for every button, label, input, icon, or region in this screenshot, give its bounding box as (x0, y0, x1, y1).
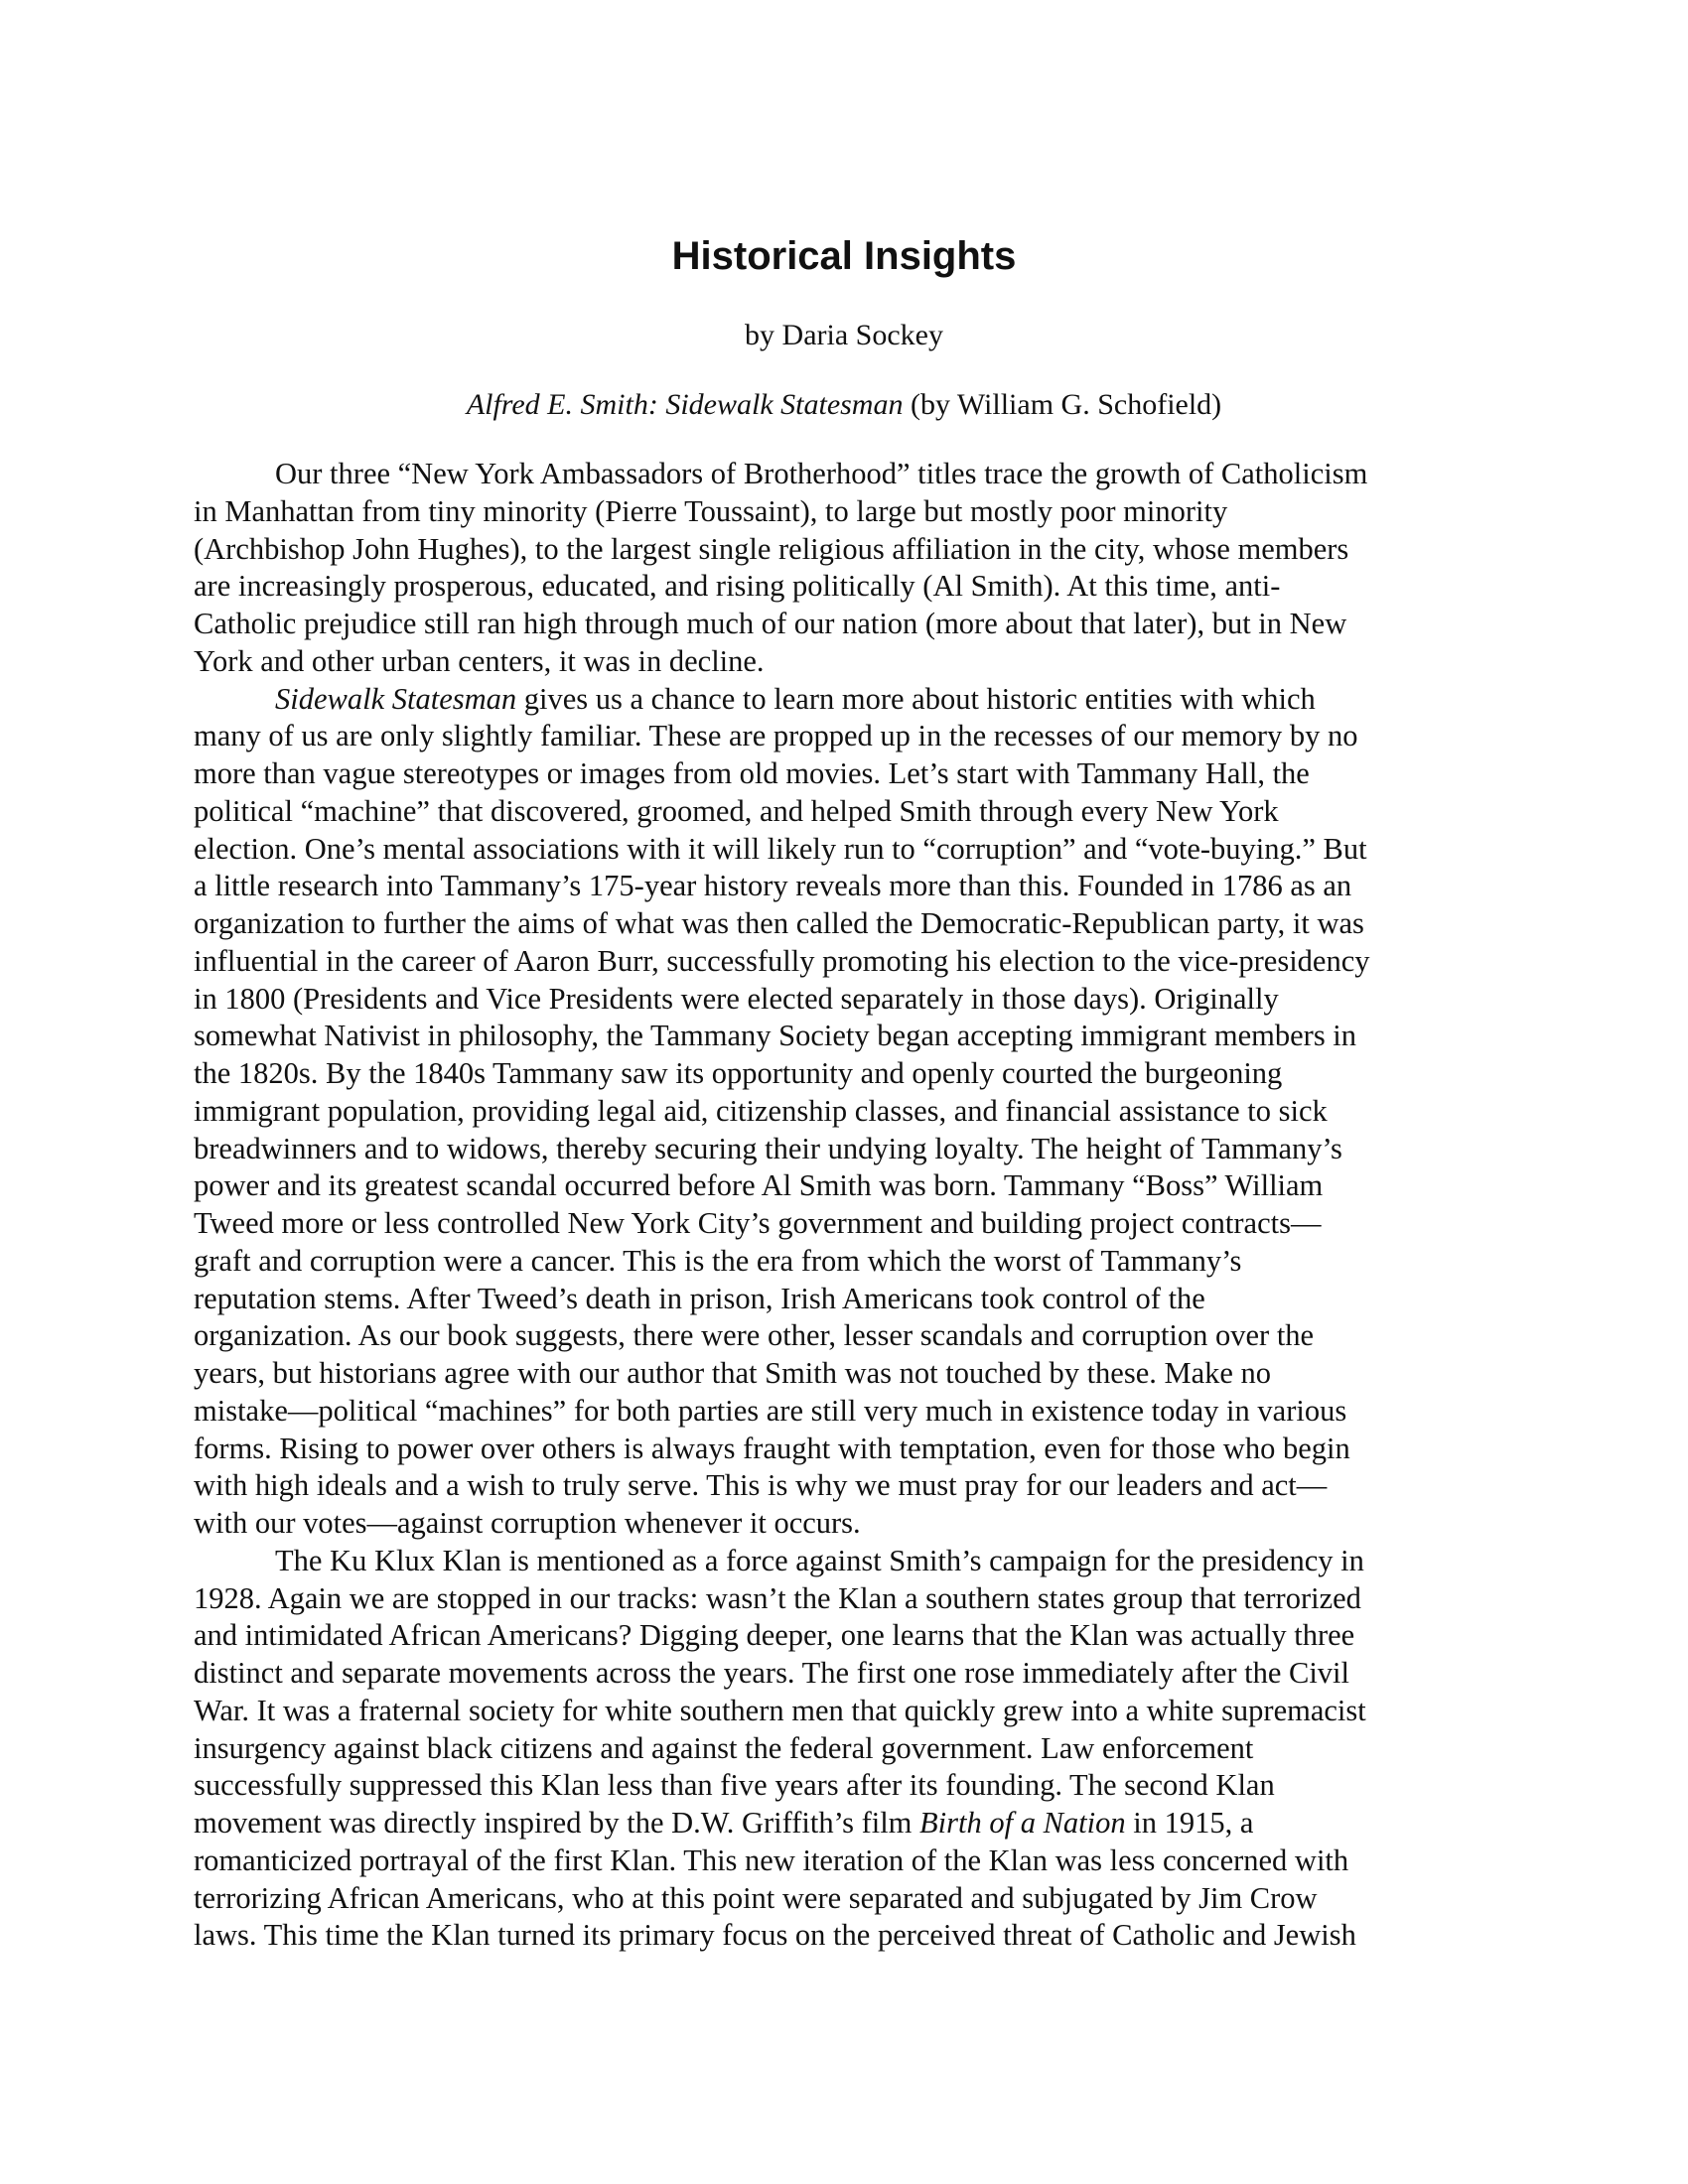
text-line: The Ku Klux Klan is mentioned as a force… (194, 1543, 1504, 1580)
text-line: are increasingly prosperous, educated, a… (194, 568, 1504, 606)
text-line: Our three “New York Ambassadors of Broth… (194, 456, 1504, 493)
text-line: mistake—political “machines” for both pa… (194, 1393, 1504, 1431)
text-line: romanticized portrayal of the first Klan… (194, 1843, 1504, 1880)
film-title-inline: Birth of a Nation (919, 1806, 1126, 1840)
text-line: political “machine” that discovered, gro… (194, 793, 1504, 831)
text-line: with our votes—against corruption whenev… (194, 1505, 1504, 1543)
book-title: Alfred E. Smith: Sidewalk Statesman (467, 388, 904, 421)
text-line: and intimidated African Americans? Diggi… (194, 1617, 1504, 1655)
text-line: in 1800 (Presidents and Vice Presidents … (194, 981, 1504, 1019)
page-title: Historical Insights (0, 230, 1688, 282)
text-line: many of us are only slightly familiar. T… (194, 718, 1504, 755)
text-line: distinct and separate movements across t… (194, 1655, 1504, 1693)
text-line: somewhat Nativist in philosophy, the Tam… (194, 1018, 1504, 1055)
book-reference: Alfred E. Smith: Sidewalk Statesman (by … (0, 385, 1688, 425)
text-line: organization to further the aims of what… (194, 905, 1504, 943)
text-line: a little research into Tammany’s 175-yea… (194, 868, 1504, 905)
text-line: movement was directly inspired by the D.… (194, 1805, 1504, 1843)
document-page: Historical Insights by Daria Sockey Alfr… (0, 0, 1688, 2184)
text-line: in Manhattan from tiny minority (Pierre … (194, 493, 1504, 531)
text-line: with high ideals and a wish to truly ser… (194, 1467, 1504, 1505)
text-line: Sidewalk Statesman gives us a chance to … (194, 681, 1504, 719)
text-line: forms. Rising to power over others is al… (194, 1431, 1504, 1468)
text-line: Catholic prejudice still ran high throug… (194, 606, 1504, 643)
text-line: the 1820s. By the 1840s Tammany saw its … (194, 1055, 1504, 1093)
text-line: organization. As our book suggests, ther… (194, 1317, 1504, 1355)
text-line: graft and corruption were a cancer. This… (194, 1243, 1504, 1281)
text-line: laws. This time the Klan turned its prim… (194, 1917, 1504, 1955)
text-line: (Archbishop John Hughes), to the largest… (194, 531, 1504, 569)
author-byline: by Daria Sockey (0, 316, 1688, 355)
article-body: Our three “New York Ambassadors of Broth… (194, 456, 1504, 1955)
text-line: influential in the career of Aaron Burr,… (194, 943, 1504, 981)
text-line: reputation stems. After Tweed’s death in… (194, 1281, 1504, 1318)
text-line: successfully suppressed this Klan less t… (194, 1767, 1504, 1805)
text-line: York and other urban centers, it was in … (194, 643, 1504, 681)
book-author: (by William G. Schofield) (903, 388, 1221, 421)
text-line: immigrant population, providing legal ai… (194, 1093, 1504, 1131)
book-title-inline: Sidewalk Statesman (275, 682, 516, 716)
text-line: 1928. Again we are stopped in our tracks… (194, 1580, 1504, 1618)
text-line: power and its greatest scandal occurred … (194, 1167, 1504, 1205)
text-line: more than vague stereotypes or images fr… (194, 755, 1504, 793)
text-line: War. It was a fraternal society for whit… (194, 1693, 1504, 1730)
text-line: terrorizing African Americans, who at th… (194, 1880, 1504, 1918)
text-line: election. One’s mental associations with… (194, 831, 1504, 869)
text-line: Tweed more or less controlled New York C… (194, 1205, 1504, 1243)
text-line: years, but historians agree with our aut… (194, 1355, 1504, 1393)
text-line: insurgency against black citizens and ag… (194, 1730, 1504, 1768)
text-line: breadwinners and to widows, thereby secu… (194, 1131, 1504, 1168)
